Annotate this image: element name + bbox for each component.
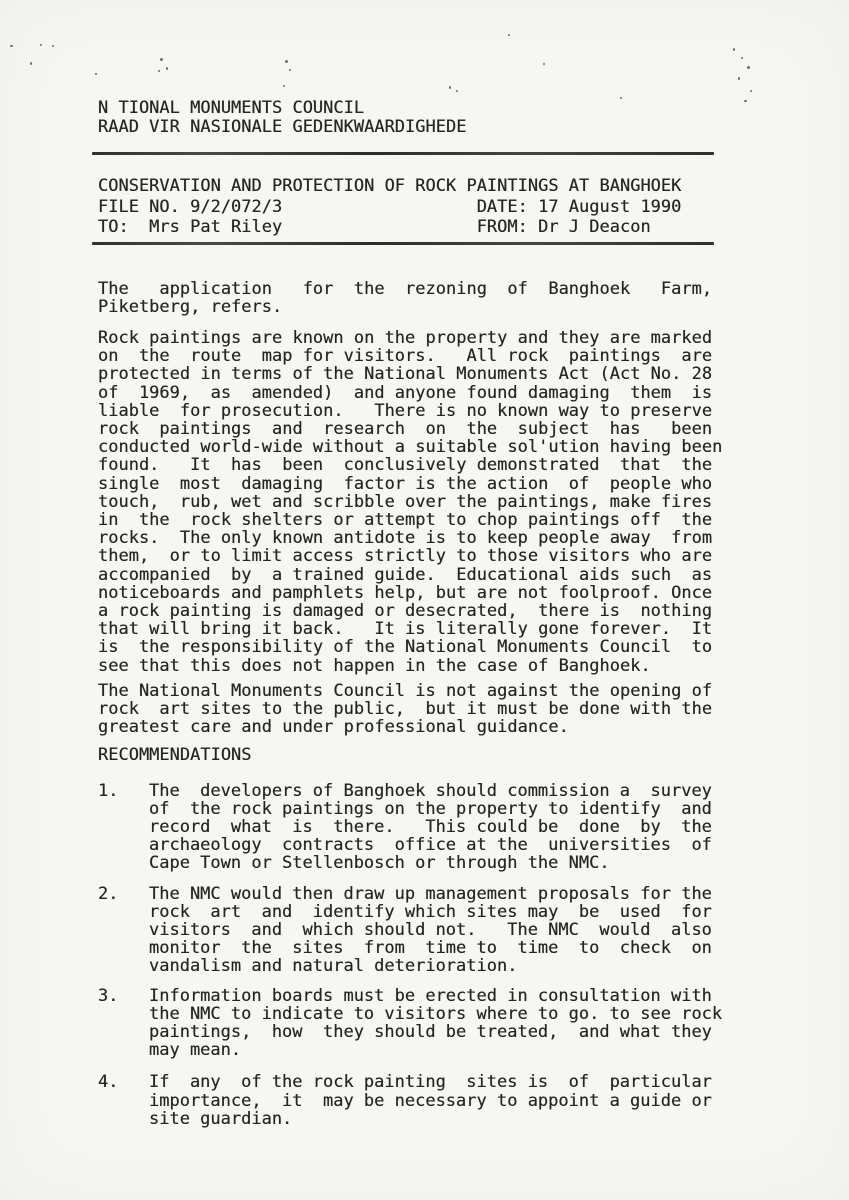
- scan-speck: [283, 85, 285, 87]
- recommendation-item-4: 4. If any of the rock painting sites is …: [98, 1073, 738, 1128]
- subject-line: CONSERVATION AND PROTECTION OF ROCK PAIN…: [98, 176, 738, 197]
- recommendation-text: If any of the rock painting sites is of …: [149, 1073, 712, 1128]
- scan-speck: [289, 69, 291, 71]
- scan-speck: [40, 44, 42, 46]
- recommendation-item-2: 2. The NMC would then draw up management…: [98, 885, 738, 976]
- body-paragraph-1: The application for the rezoning of Bang…: [98, 280, 738, 316]
- scan-speck: [750, 90, 752, 92]
- memo-content: N TIONAL MONUMENTS COUNCIL RAAD VIR NASI…: [98, 99, 738, 1128]
- scan-speck: [30, 62, 32, 65]
- scan-speck: [733, 48, 735, 51]
- scan-speck: [52, 45, 54, 47]
- body-paragraph-2: Rock paintings are known on the property…: [98, 329, 738, 675]
- org-name-af: RAAD VIR NASIONALE GEDENKWAARDIGHEDE: [98, 118, 738, 137]
- scan-speck: [10, 45, 13, 47]
- subject-block: CONSERVATION AND PROTECTION OF ROCK PAIN…: [98, 176, 738, 238]
- to-from-line: TO: Mrs Pat Riley FROM: Dr J Deacon: [98, 217, 738, 238]
- scan-speck: [741, 57, 743, 59]
- org-name-en: N TIONAL MONUMENTS COUNCIL: [98, 99, 738, 118]
- recommendations-heading: RECOMMENDATIONS: [98, 746, 738, 764]
- file-date-line: FILE NO. 9/2/072/3 DATE: 17 August 1990: [98, 197, 738, 218]
- scan-speck: [95, 73, 97, 75]
- recommendation-number: 2.: [98, 885, 149, 903]
- recommendation-text: Information boards must be erected in co…: [149, 987, 722, 1060]
- scan-speck: [449, 86, 451, 89]
- recommendation-number: 1.: [98, 782, 149, 800]
- scan-speck: [158, 70, 160, 72]
- scan-speck: [160, 58, 163, 61]
- body-paragraph-3: The National Monuments Council is not ag…: [98, 682, 738, 737]
- scan-speck: [744, 100, 747, 102]
- scan-speck: [738, 77, 740, 80]
- scan-speck: [543, 63, 545, 65]
- scan-speck: [508, 34, 510, 36]
- recommendation-number: 3.: [98, 987, 149, 1005]
- recommendation-item-3: 3. Information boards must be erected in…: [98, 987, 738, 1060]
- recommendation-number: 4.: [98, 1073, 149, 1091]
- recommendation-text: The NMC would then draw up management pr…: [149, 885, 712, 976]
- divider-rule-top: [92, 152, 714, 155]
- recommendation-text: The developers of Banghoek should commis…: [149, 782, 712, 873]
- scan-speck: [285, 60, 288, 63]
- scan-speck: [456, 90, 458, 92]
- scan-speck: [166, 67, 168, 70]
- divider-rule-bottom: [92, 242, 714, 245]
- letterhead: N TIONAL MONUMENTS COUNCIL RAAD VIR NASI…: [98, 99, 738, 137]
- scanned-memo-page: N TIONAL MONUMENTS COUNCIL RAAD VIR NASI…: [0, 0, 849, 1200]
- recommendation-item-1: 1. The developers of Banghoek should com…: [98, 782, 738, 873]
- scan-speck: [747, 66, 750, 69]
